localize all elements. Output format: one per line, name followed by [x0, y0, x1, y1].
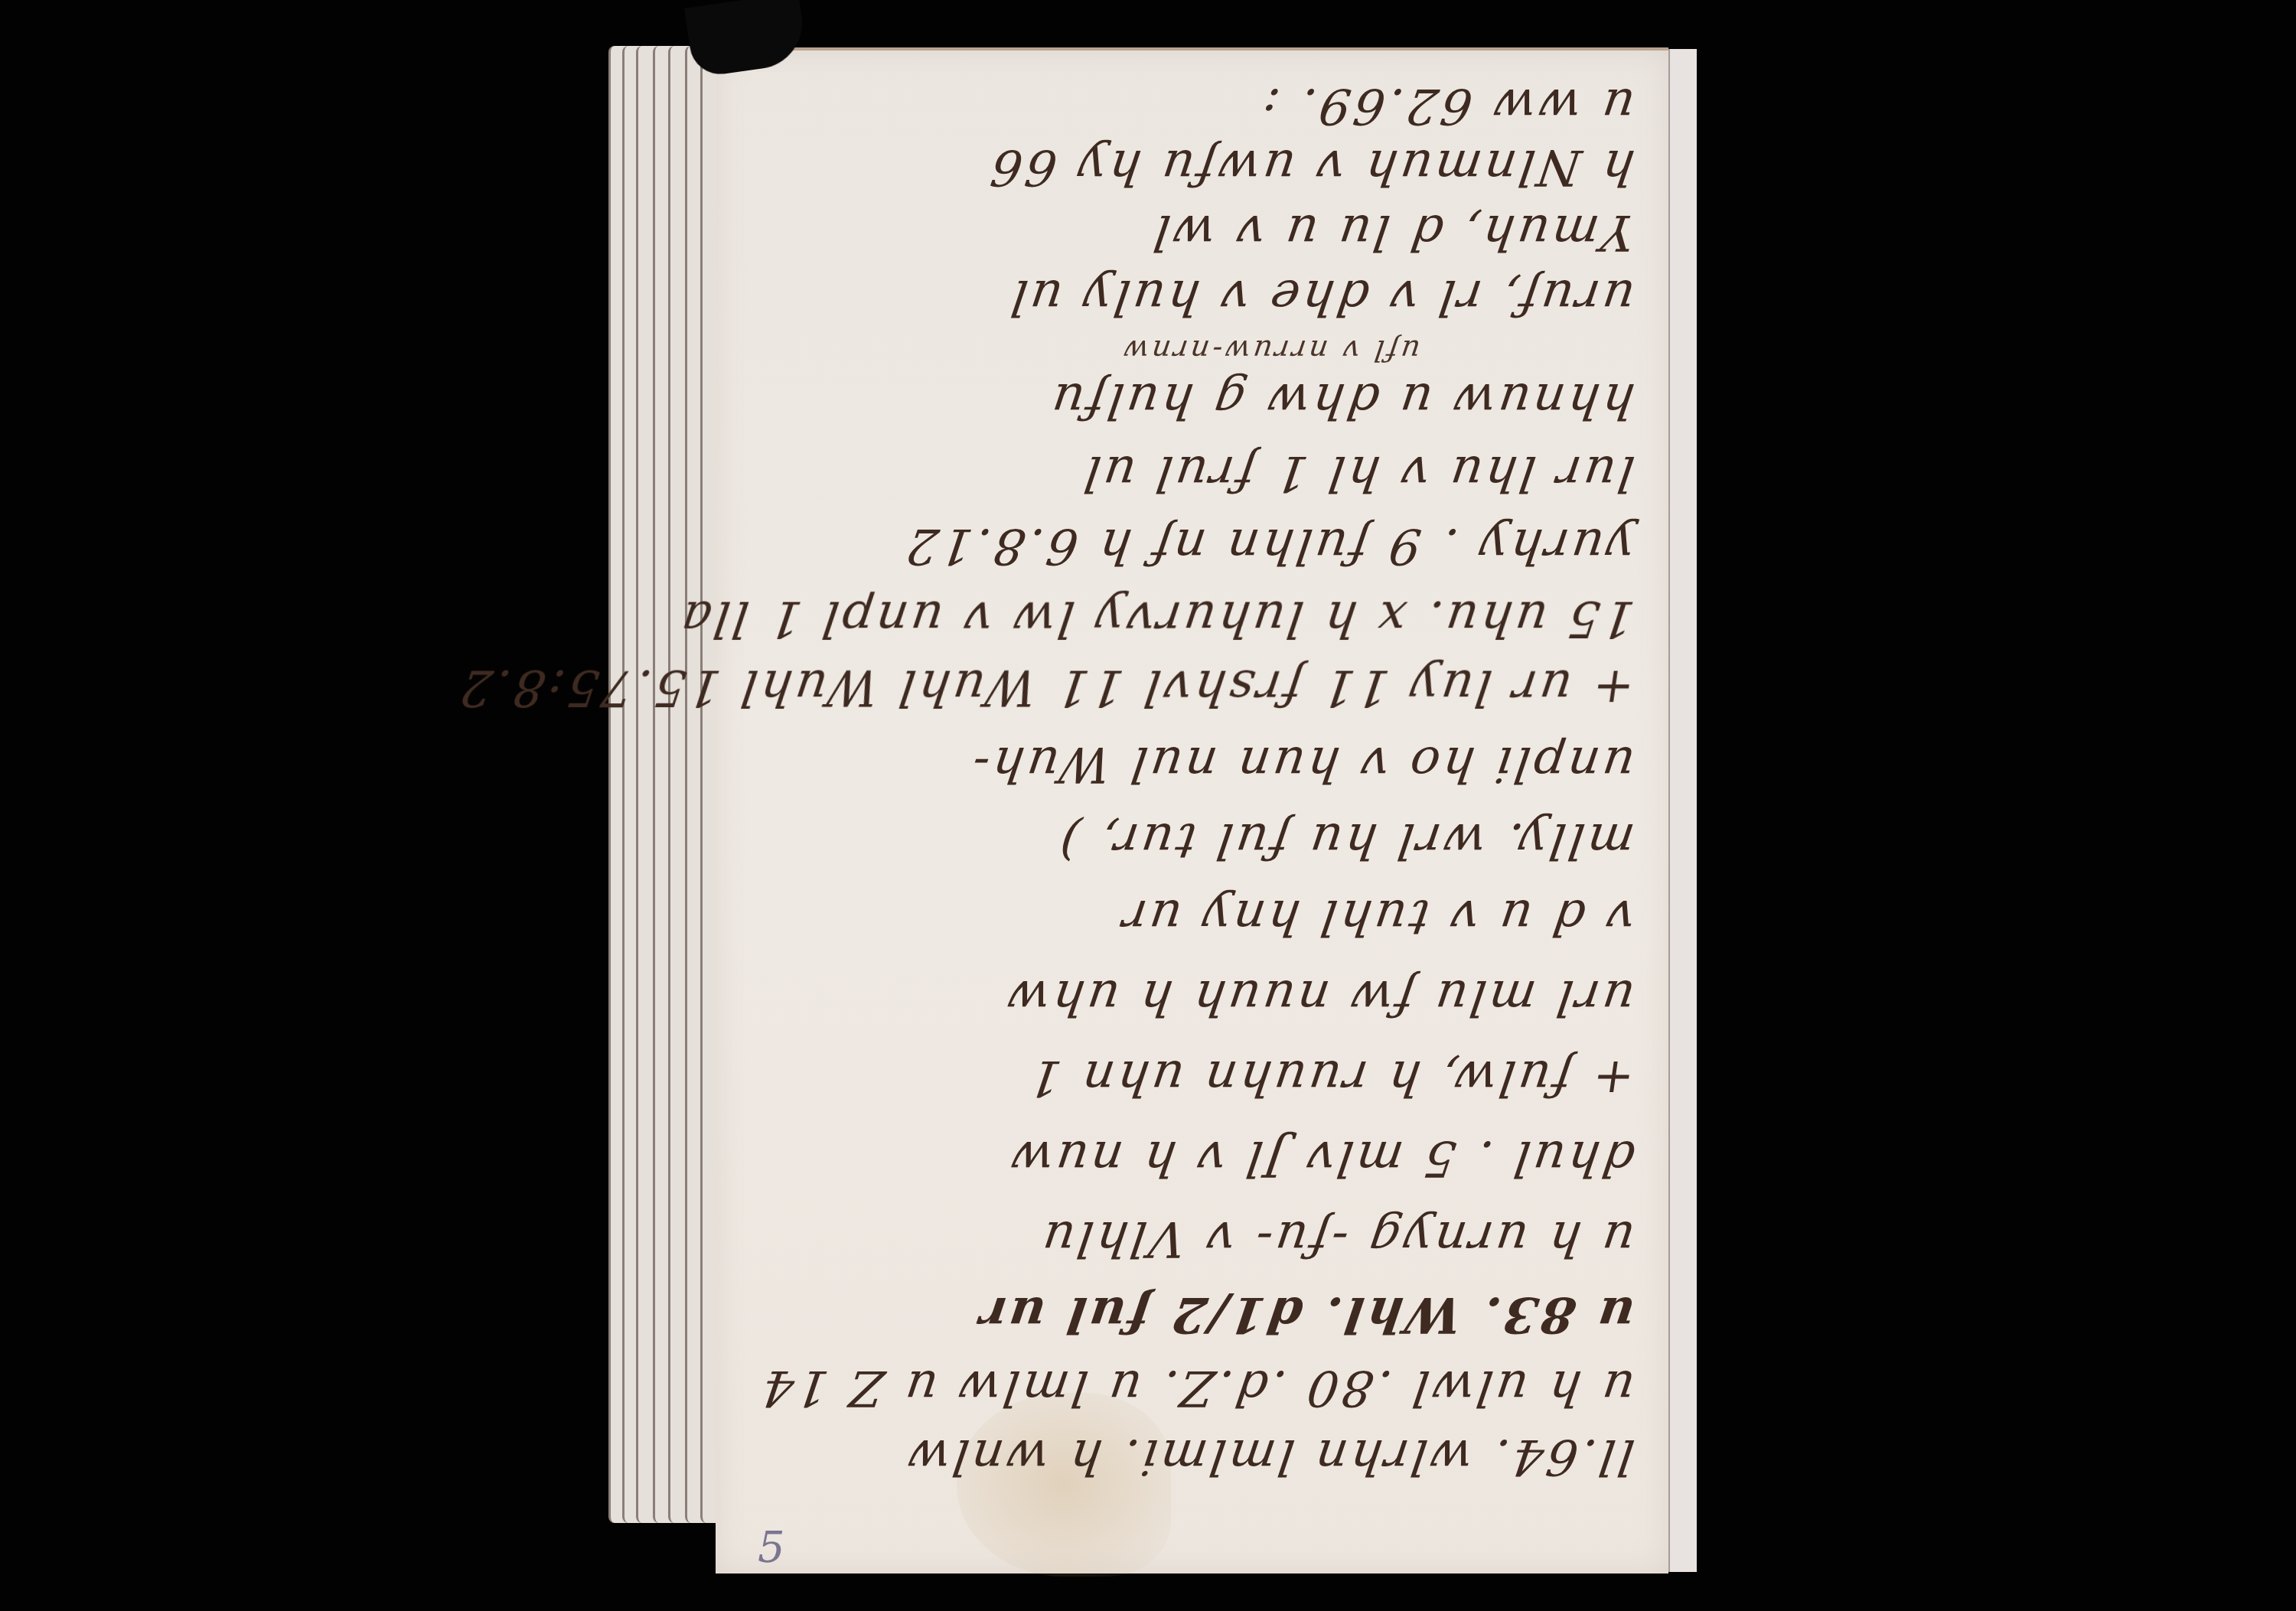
stacked-page-edges — [608, 46, 731, 1523]
handwritten-text: ll.64. wlrhn lmlmi. h wnlw u h ulwl .80 … — [754, 92, 1634, 1531]
photo-background: ll.64. wlrhn lmlmi. h wnlw u h ulwl .80 … — [0, 0, 2296, 1611]
text-line: u h urnyg -fu- v Vlhlu — [750, 1210, 1638, 1267]
text-line: u h ulwl .80 .d.Z. u lmlw u Z 14 — [750, 1359, 1638, 1416]
text-line: Ymuh, d lu u v wl — [750, 204, 1638, 260]
text-line: yurhy . 9 fulhn nf h 6.8.12 — [750, 517, 1638, 574]
text-line: hhnuw u dhw g hulfu — [750, 372, 1638, 429]
interlinear-note: ufl v nrruw-nrnw — [752, 334, 1422, 367]
text-line: unpli ho v hun nul Wuh- — [750, 735, 1638, 792]
text-line: u 83. Whl. d1/2 ful ur — [750, 1286, 1639, 1343]
text-line: h Nlnmuh v uwfu hy 66 — [750, 139, 1638, 195]
text-line: 15 uhu. x h luhurvy lw v unpl 1 lla — [750, 590, 1638, 647]
text-line: lur lhu v hl 1 frul ul — [750, 445, 1638, 501]
binding-gutter — [1668, 49, 1697, 1572]
text-line: + fulw, h ruuhn uhn 1 — [750, 1049, 1638, 1106]
text-line: v d u v tuhl hny ur — [750, 889, 1638, 945]
text-line: + ur luy 11 frshvl 11 Wuhl Wuhl 15.75:8.… — [750, 659, 1638, 716]
text-line: u ww 62.69. : — [750, 77, 1638, 134]
folio-number: 5 — [758, 1523, 785, 1573]
text-line: uruf, rl v dhe v huly ul — [750, 269, 1638, 325]
text-line: ll.64. wlrhn lmlmi. h wnlw — [750, 1428, 1638, 1485]
text-line: dhul . 5 mlv Jl v h nuw — [750, 1130, 1638, 1186]
text-line: url mlu fw nuuh h uhw — [750, 969, 1638, 1026]
text-line: mlly. wrl hu ful tur, ) — [750, 812, 1638, 869]
